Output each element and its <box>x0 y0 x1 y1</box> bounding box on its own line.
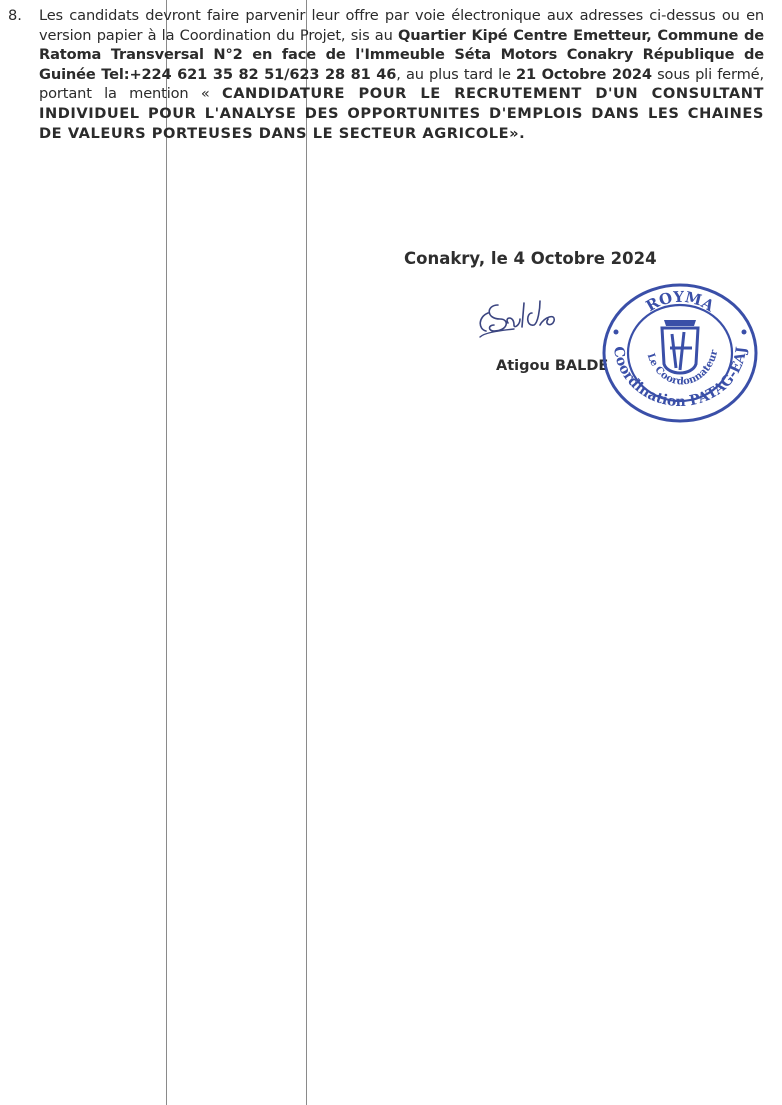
item-number: 8. <box>8 6 22 26</box>
submission-paragraph: Les candidats devront faire parvenir leu… <box>39 6 764 143</box>
para-text-2: , au plus tard le <box>396 66 516 83</box>
numbered-item-8: 8. Les candidats devront faire parvenir … <box>8 6 764 143</box>
official-stamp: ROYMA Le Coordonnateur Coordination PATA… <box>600 282 760 424</box>
vertical-rule-right <box>306 0 307 1105</box>
deadline-text: 21 Octobre 2024 <box>516 66 652 83</box>
signer-name: Atigou BALDE <box>496 358 608 374</box>
place-date: Conakry, le 4 Octobre 2024 <box>404 249 657 268</box>
svg-text:ROYMA: ROYMA <box>643 288 718 316</box>
handwritten-signature <box>474 295 574 345</box>
vertical-rule-left <box>166 0 167 1105</box>
stamp-top-text: ROYMA <box>643 288 718 316</box>
